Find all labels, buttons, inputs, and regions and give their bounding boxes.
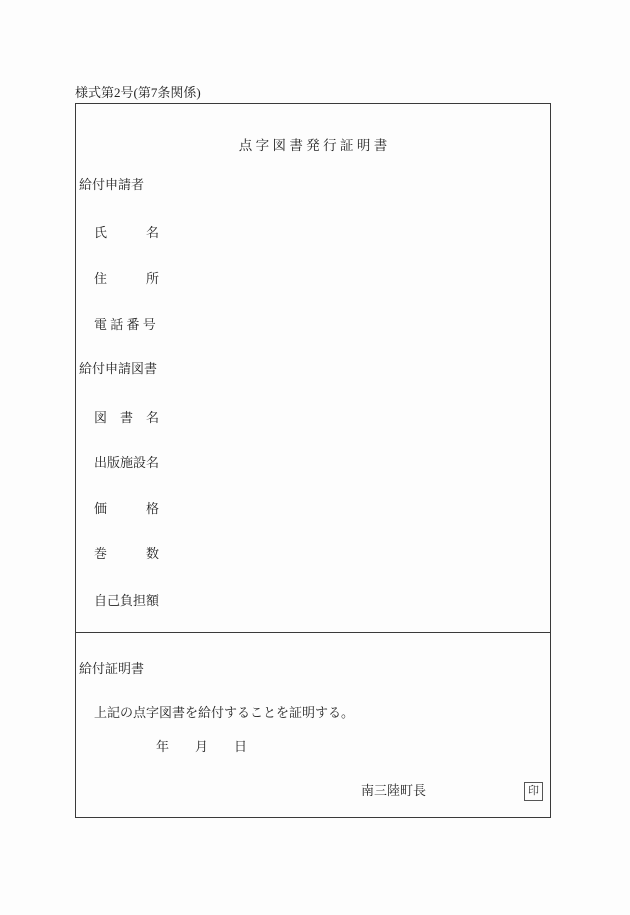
field-label-name: 氏 名 xyxy=(94,226,159,239)
seal-box: 印 xyxy=(524,782,543,801)
document-title: 点 字 図 書 発 行 証 明 書 xyxy=(76,134,550,154)
date-line: 年 月 日 xyxy=(156,740,247,753)
field-label-book-title: 図 書 名 xyxy=(94,411,159,424)
certificate-section-heading: 給付証明書 xyxy=(79,662,144,675)
signer-title: 南三陸町長 xyxy=(361,784,426,797)
applicant-section-heading: 給付申請者 xyxy=(79,178,144,191)
form-number-label: 様式第2号(第7条関係) xyxy=(75,82,201,101)
certificate-border-box: 点 字 図 書 発 行 証 明 書 給付申請者 氏 名 住 所 電 話 番 号 … xyxy=(75,103,551,818)
book-section-heading: 給付申請図書 xyxy=(79,362,157,375)
field-label-publisher: 出版施設名 xyxy=(94,456,159,469)
field-label-price: 価 格 xyxy=(94,502,159,515)
field-label-volumes: 巻 数 xyxy=(94,547,159,560)
field-label-copayment: 自己負担額 xyxy=(94,594,159,607)
section-divider xyxy=(75,632,551,633)
certification-statement: 上記の点字図書を給付することを証明する。 xyxy=(94,706,354,719)
field-label-phone: 電 話 番 号 xyxy=(94,318,156,331)
field-label-address: 住 所 xyxy=(94,272,159,285)
document-page: 様式第2号(第7条関係) 点 字 図 書 発 行 証 明 書 給付申請者 氏 名… xyxy=(0,0,630,915)
